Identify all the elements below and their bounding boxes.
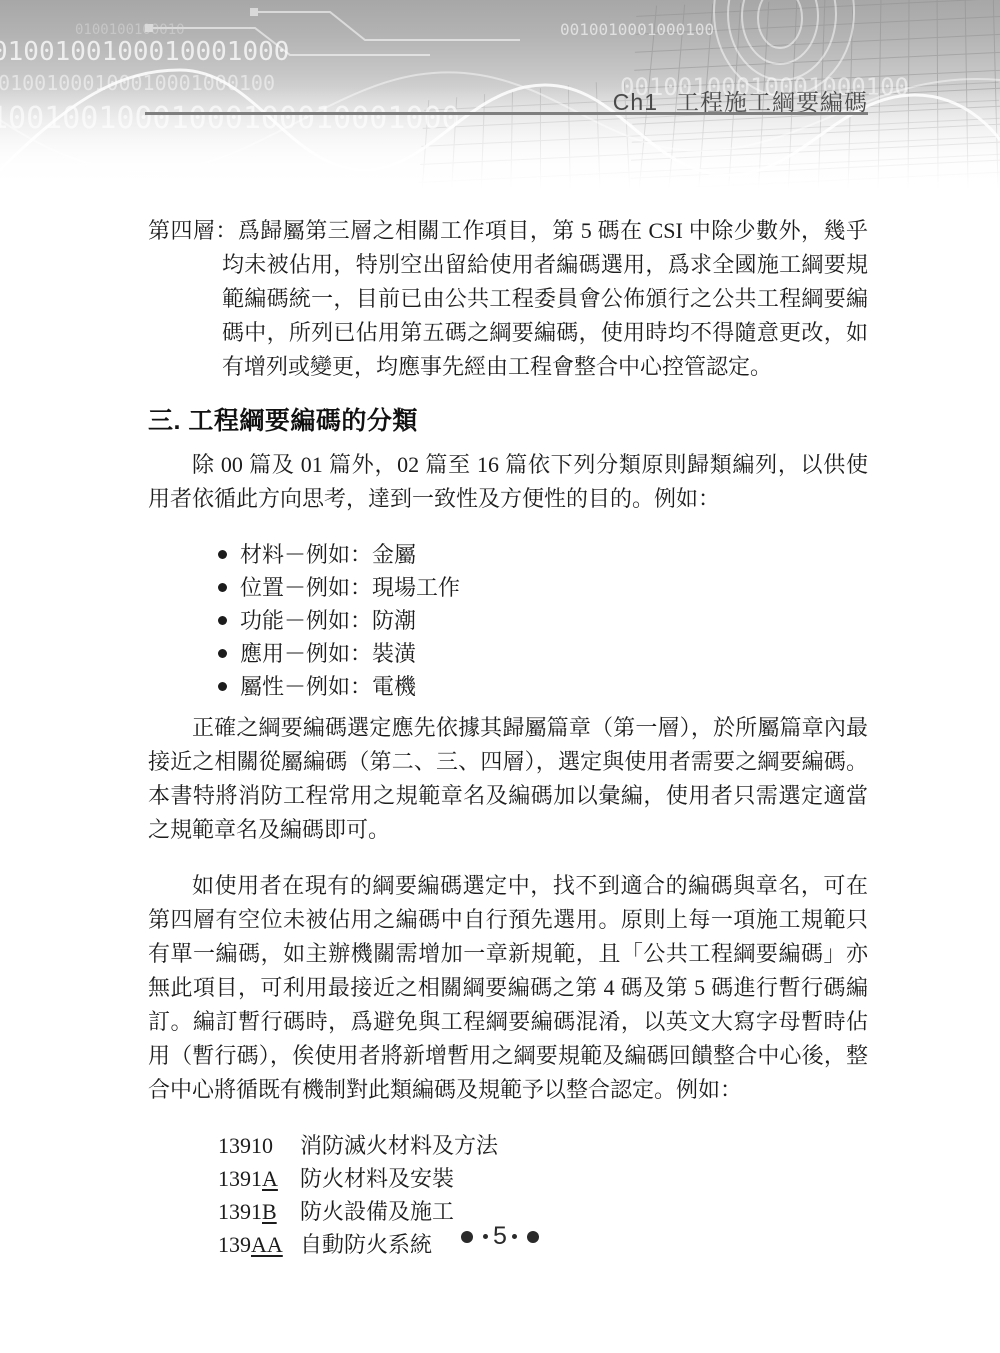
list-item-text: 應用－例如：裝潢 (240, 637, 416, 670)
document-page: 0100100100010001000 00100100010001000100… (0, 0, 1000, 1353)
list-item-text: 位置－例如：現場工作 (240, 571, 460, 604)
code-value: 1391A (218, 1162, 286, 1195)
footer-ornament-dot (527, 1231, 539, 1243)
page-footer: 5 (0, 1222, 1000, 1251)
footer-ornament-dot (461, 1231, 473, 1243)
code-description: 消防滅火材料及方法 (300, 1129, 498, 1162)
section-heading: 三. 工程綱要編碼的分類 (148, 406, 868, 436)
page-number: 5 (493, 1222, 507, 1251)
body-paragraph-selection: 正確之綱要編碼選定應先依據其歸屬篇章（第一層），於所屬篇章內最接近之相關從屬編碼… (148, 711, 868, 847)
bullet-icon (218, 616, 227, 625)
list-item: 位置－例如：現場工作 (218, 571, 868, 604)
footer-ornament-dot (512, 1234, 517, 1239)
definition-label: 第四層： (148, 218, 238, 243)
table-row: 13910 消防滅火材料及方法 (218, 1129, 868, 1162)
list-item: 屬性－例如：電機 (218, 670, 868, 703)
definition-paragraph-layer4: 第四層：爲歸屬第三層之相關工作項目，第 5 碼在 CSI 中除少數外，幾乎均未被… (148, 214, 868, 384)
list-item: 材料－例如：金屬 (218, 538, 868, 571)
code-temp-letter: B (262, 1199, 277, 1224)
definition-text: 爲歸屬第三層之相關工作項目，第 5 碼在 CSI 中除少數外，幾乎均未被佔用，特… (222, 218, 868, 379)
section-intro-paragraph: 除 00 篇及 01 篇外，02 篇至 16 篇依下列分類原則歸類編列，以供使用… (148, 448, 868, 516)
classification-bullet-list: 材料－例如：金屬 位置－例如：現場工作 功能－例如：防潮 應用－例如：裝潢 屬性… (148, 538, 868, 703)
code-description: 防火材料及安裝 (300, 1162, 454, 1195)
body-paragraph-temporary-code: 如使用者在現有的綱要編碼選定中，找不到適合的編碼與章名，可在第四層有空位未被佔用… (148, 869, 868, 1107)
bullet-icon (218, 649, 227, 658)
list-item-text: 屬性－例如：電機 (240, 670, 416, 703)
code-value: 13910 (218, 1129, 286, 1162)
chapter-header-banner: 0100100100010001000 00100100010001000100… (0, 0, 1000, 192)
bullet-icon (218, 583, 227, 592)
list-item: 應用－例如：裝潢 (218, 637, 868, 670)
code-plain: 1391 (218, 1166, 262, 1191)
list-item: 功能－例如：防潮 (218, 604, 868, 637)
code-temp-letter: A (262, 1166, 278, 1191)
header-rule (145, 112, 868, 115)
table-row: 1391A 防火材料及安裝 (218, 1162, 868, 1195)
bullet-icon (218, 550, 227, 559)
list-item-text: 功能－例如：防潮 (240, 604, 416, 637)
bullet-icon (218, 682, 227, 691)
page-body: 第四層：爲歸屬第三層之相關工作項目，第 5 碼在 CSI 中除少數外，幾乎均未被… (148, 192, 868, 1261)
footer-ornament-dot (483, 1234, 488, 1239)
code-plain: 1391 (218, 1199, 262, 1224)
list-item-text: 材料－例如：金屬 (240, 538, 416, 571)
code-plain: 13910 (218, 1133, 273, 1158)
